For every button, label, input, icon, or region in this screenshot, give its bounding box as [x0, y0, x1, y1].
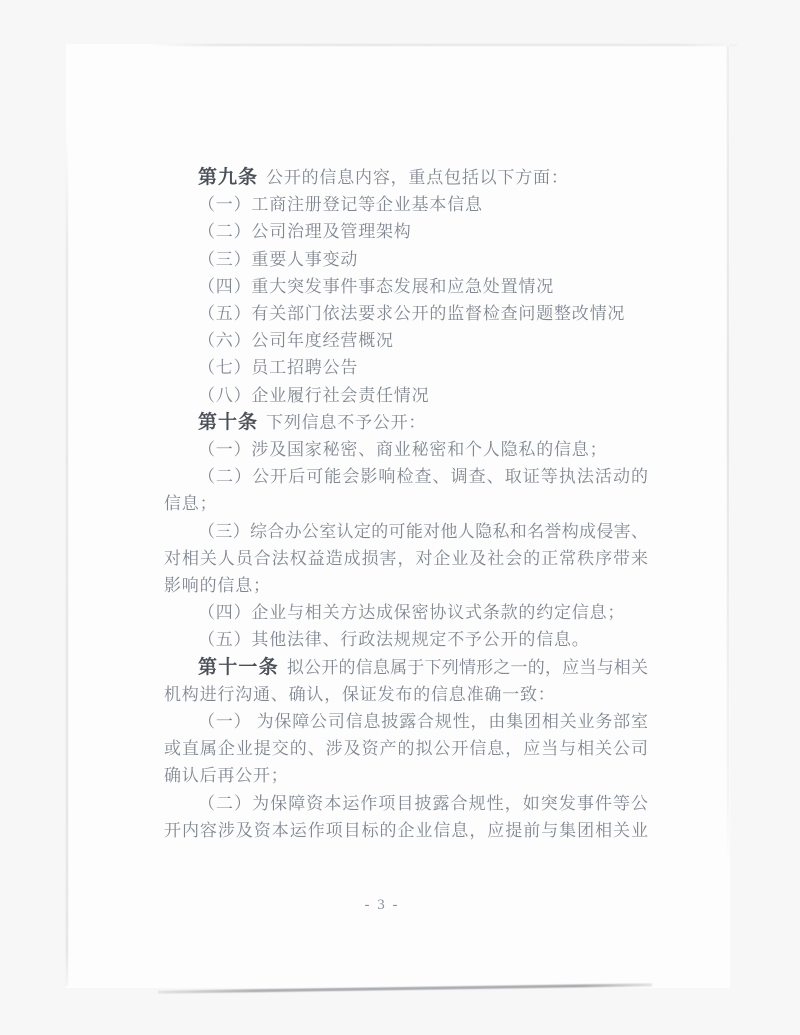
- line-text: （三）综合办公室认定的可能对他人隐私和名誉构成侵害、: [198, 522, 648, 541]
- line-text: （二）公开后可能会影响检查、调查、取证等执法活动的: [198, 467, 648, 486]
- line-text: （一）工商注册登记等企业基本信息: [198, 195, 483, 214]
- doc-line: 影响的信息；: [164, 572, 648, 599]
- line-text: 拟公开的信息属于下列情形之一的，应当与相关: [287, 658, 648, 677]
- line-text: （三）重要人事变动: [198, 250, 358, 269]
- doc-line: 信息；: [164, 490, 648, 517]
- doc-line: （一）工商注册登记等企业基本信息: [164, 191, 648, 218]
- line-text: （七）员工招聘公告: [198, 358, 358, 377]
- doc-line: （三）综合办公室认定的可能对他人隐私和名誉构成侵害、: [164, 518, 648, 545]
- doc-line: （四）重大突发事件事态发展和应急处置情况: [164, 273, 648, 300]
- doc-line: （五）其他法律、行政法规规定不予公开的信息。: [164, 626, 648, 653]
- doc-line: （二）公司治理及管理架构: [164, 218, 648, 245]
- doc-line-article-10: 第十条下列信息不予公开：: [164, 409, 648, 436]
- page-number: - 3 -: [140, 897, 624, 914]
- line-text: （一） 为保障公司信息披露合规性，由集团相关业务部室: [198, 712, 648, 731]
- line-text: 开内容涉及资本运作项目标的企业信息，应提前与集团相关业: [164, 821, 648, 840]
- article-number: 第十一条: [198, 657, 279, 678]
- line-text: 信息；: [164, 494, 217, 513]
- doc-line: 机构进行沟通、确认，保证发布的信息准确一致：: [164, 681, 648, 708]
- doc-line: （二）为保障资本运作项目披露合规性，如突发事件等公: [164, 790, 648, 817]
- line-text: 公开的信息内容，重点包括以下方面：: [266, 168, 569, 187]
- article-number: 第十条: [198, 412, 258, 433]
- document-body: 第九条公开的信息内容，重点包括以下方面： （一）工商注册登记等企业基本信息 （二…: [164, 164, 648, 844]
- line-text: （一）涉及国家秘密、商业秘密和个人隐私的信息；: [198, 440, 607, 459]
- doc-line: （一） 为保障公司信息披露合规性，由集团相关业务部室: [164, 708, 648, 735]
- doc-line-article-11: 第十一条拟公开的信息属于下列情形之一的，应当与相关: [164, 654, 648, 681]
- doc-line: （三）重要人事变动: [164, 246, 648, 273]
- line-text: （五）有关部门依法要求公开的监督检查问题整改情况: [198, 304, 625, 323]
- article-number: 第九条: [198, 167, 258, 188]
- line-text: （六）公司年度经营概况: [198, 331, 394, 350]
- line-text: 对相关人员合法权益造成损害，对企业及社会的正常秩序带来: [164, 549, 648, 568]
- doc-line: （一）涉及国家秘密、商业秘密和个人隐私的信息；: [164, 436, 648, 463]
- doc-line: （六）公司年度经营概况: [164, 327, 648, 354]
- line-text: 下列信息不予公开：: [266, 413, 426, 432]
- line-text: （四）重大突发事件事态发展和应急处置情况: [198, 277, 554, 296]
- line-text: （二）为保障资本运作项目披露合规性，如突发事件等公: [198, 794, 648, 813]
- doc-line: （四）企业与相关方达成保密协议式条款的约定信息；: [164, 599, 648, 626]
- line-text: （五）其他法律、行政法规规定不予公开的信息。: [198, 630, 590, 649]
- line-text: 确认后再公开；: [164, 766, 289, 785]
- line-text: （二）公司治理及管理架构: [198, 222, 412, 241]
- doc-line: （八）企业履行社会责任情况: [164, 382, 648, 409]
- doc-line: 或直属企业提交的、涉及资产的拟公开信息，应当与相关公司: [164, 735, 648, 762]
- line-text: 影响的信息；: [164, 576, 271, 595]
- doc-line-article-9: 第九条公开的信息内容，重点包括以下方面：: [164, 164, 648, 191]
- doc-line: 对相关人员合法权益造成损害，对企业及社会的正常秩序带来: [164, 545, 648, 572]
- doc-line: （五）有关部门依法要求公开的监督检查问题整改情况: [164, 300, 648, 327]
- line-text: 或直属企业提交的、涉及资产的拟公开信息，应当与相关公司: [164, 739, 648, 758]
- doc-line: （二）公开后可能会影响检查、调查、取证等执法活动的: [164, 463, 648, 490]
- line-text: （八）企业履行社会责任情况: [198, 386, 429, 405]
- doc-line: 开内容涉及资本运作项目标的企业信息，应提前与集团相关业: [164, 817, 648, 844]
- line-text: 机构进行沟通、确认，保证发布的信息准确一致：: [164, 685, 556, 704]
- doc-line: （七）员工招聘公告: [164, 354, 648, 381]
- line-text: （四）企业与相关方达成保密协议式条款的约定信息；: [198, 603, 625, 622]
- doc-line: 确认后再公开；: [164, 762, 648, 789]
